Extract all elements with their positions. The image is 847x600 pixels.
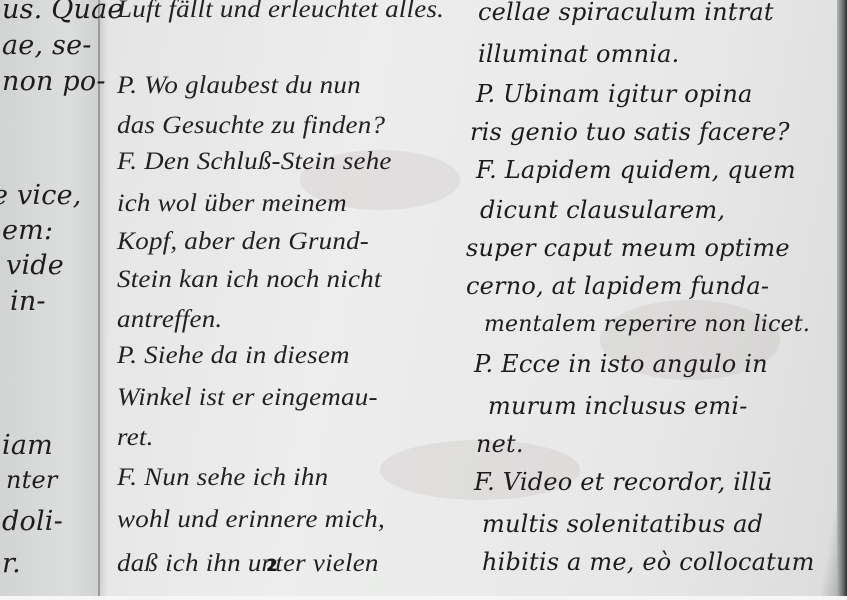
left-page-line: in- (10, 286, 46, 317)
latin-line: multis solenitatibus ad (482, 510, 763, 538)
german-line: daß ich ihn unter vielen (117, 550, 379, 578)
latin-line: murum inclusus emi- (488, 392, 748, 420)
left-page-line: r. (2, 548, 21, 579)
left-page-line: em: (2, 215, 53, 246)
left-page-line: doli- (2, 506, 63, 537)
german-line: Stein kan ich noch nicht (117, 266, 382, 294)
left-page-line: non po- (2, 66, 106, 97)
left-page-line: us. Quae (2, 0, 124, 25)
german-line: P. Siehe da in diesem (117, 342, 350, 370)
german-line: Kopf, aber den Grund- (117, 228, 369, 256)
photo-bottom-border (0, 596, 847, 600)
latin-line: illuminat omnia. (478, 40, 679, 68)
latin-line: super caput meum optime (466, 234, 790, 262)
left-page-line: vide (6, 250, 64, 281)
latin-line: dicunt clausularem, (480, 196, 725, 224)
latin-line: cellae spiraculum intrat (478, 0, 774, 26)
german-line: das Gesuchte zu finden? (117, 112, 385, 140)
manuscript-photo: us. Quae ae, se- non po- e vice, em: vid… (0, 0, 847, 600)
latin-line: hibitis a me, eò collocatum (482, 548, 815, 576)
german-line: P. Wo glaubest du nun (117, 72, 361, 100)
left-page-line: e vice, (0, 180, 82, 211)
latin-line: net. (476, 430, 524, 458)
latin-line: ris genio tuo satis facere? (470, 118, 790, 146)
latin-line: P. Ecce in isto angulo in (474, 350, 768, 378)
german-line: ich wol über meinem (117, 190, 347, 218)
left-facing-page: us. Quae ae, se- non po- e vice, em: vid… (0, 0, 100, 600)
left-page-line: iam (2, 430, 53, 461)
left-page-line: ae, se- (2, 30, 92, 61)
left-page-line: nter (6, 466, 58, 494)
latin-line: F. Lapidem quidem, quem (476, 156, 796, 184)
german-line: ret. (117, 424, 154, 452)
latin-line: cerno, at lapidem funda- (466, 272, 769, 300)
german-line: F. Nun sehe ich ihn (117, 464, 328, 492)
page-number: 2 (266, 556, 278, 576)
latin-line: F. Video et recordor, illū (474, 468, 773, 496)
german-line: Luft fällt und erleuchtet alles. (117, 0, 444, 24)
german-line: Winkel ist er eingemau- (117, 384, 378, 412)
page-edge-shadow (837, 0, 847, 600)
german-line: wohl und erinnere mich, (117, 506, 385, 534)
latin-line: P. Ubinam igitur opina (476, 80, 753, 108)
latin-line: mentalem reperire non licet. (484, 312, 810, 337)
german-line: F. Den Schluß-Stein sehe (117, 148, 392, 176)
german-line: antreffen. (117, 306, 222, 334)
